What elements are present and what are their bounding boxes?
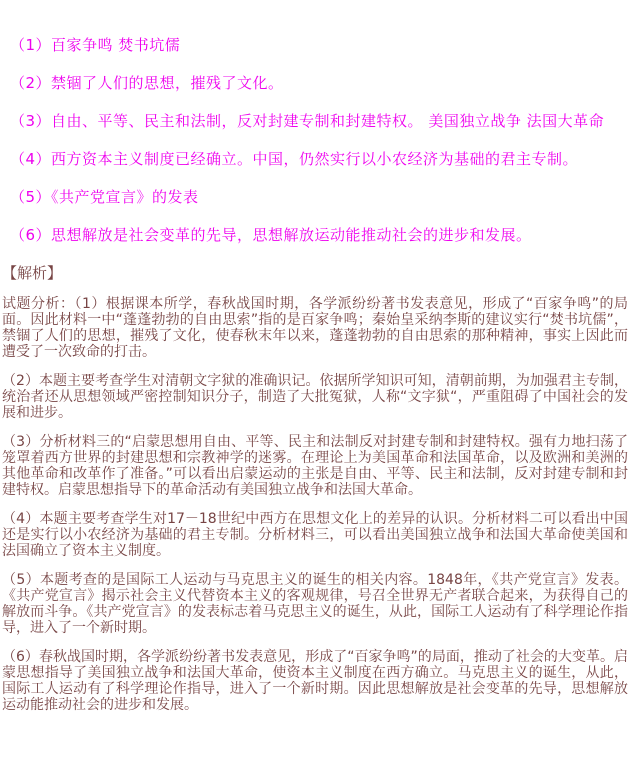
analysis-paragraph-3: （3）分析材料三的“启蒙思想用自由、平等、民主和法制反对封建专制和封建特权。强有…: [2, 434, 628, 498]
answers-section: （1）百家争鸣 焚书坑儒 （2）禁锢了人们的思想，摧残了文化。 （3）自由、平等…: [0, 37, 630, 243]
analysis-paragraph-6: （6）春秋战国时期，各学派纷纷著书发表意见，形成了“百家争鸣”的局面，推动了社会…: [2, 649, 628, 713]
analysis-section: 【解析】 试题分析：（1）根据课本所学，春秋战国时期，各学派纷纷著书发表意见，形…: [0, 265, 630, 713]
analysis-paragraph-4: （4）本题主要考查学生对17－18世纪中西方在思想文化上的差异的认识。分析材料二…: [2, 511, 628, 559]
answer-line-6: （6）思想解放是社会变革的先导，思想解放运动能推动社会的进步和发展。: [10, 227, 624, 243]
analysis-paragraph-2: （2）本题主要考查学生对清朝文字狱的准确识记。依据所学知识可知，清朝前期，为加强…: [2, 373, 628, 421]
analysis-header: 【解析】: [2, 265, 628, 282]
analysis-paragraph-5: （5）本题考查的是国际工人运动与马克思主义的诞生的相关内容。1848年，《共产党…: [2, 572, 628, 636]
answer-line-3: （3）自由、平等、民主和法制，反对封建专制和封建特权。 美国独立战争 法国大革命: [10, 113, 624, 129]
document-page: （1）百家争鸣 焚书坑儒 （2）禁锢了人们的思想，摧残了文化。 （3）自由、平等…: [0, 0, 630, 764]
answer-line-1: （1）百家争鸣 焚书坑儒: [10, 37, 624, 53]
answer-line-4: （4）西方资本主义制度已经确立。中国，仍然实行以小农经济为基础的君主专制。: [10, 151, 624, 167]
answer-line-5: （5）《共产党宣言》的发表: [10, 189, 624, 205]
analysis-paragraph-1: 试题分析：（1）根据课本所学，春秋战国时期，各学派纷纷著书发表意见，形成了“百家…: [2, 296, 628, 360]
answer-line-2: （2）禁锢了人们的思想，摧残了文化。: [10, 75, 624, 91]
